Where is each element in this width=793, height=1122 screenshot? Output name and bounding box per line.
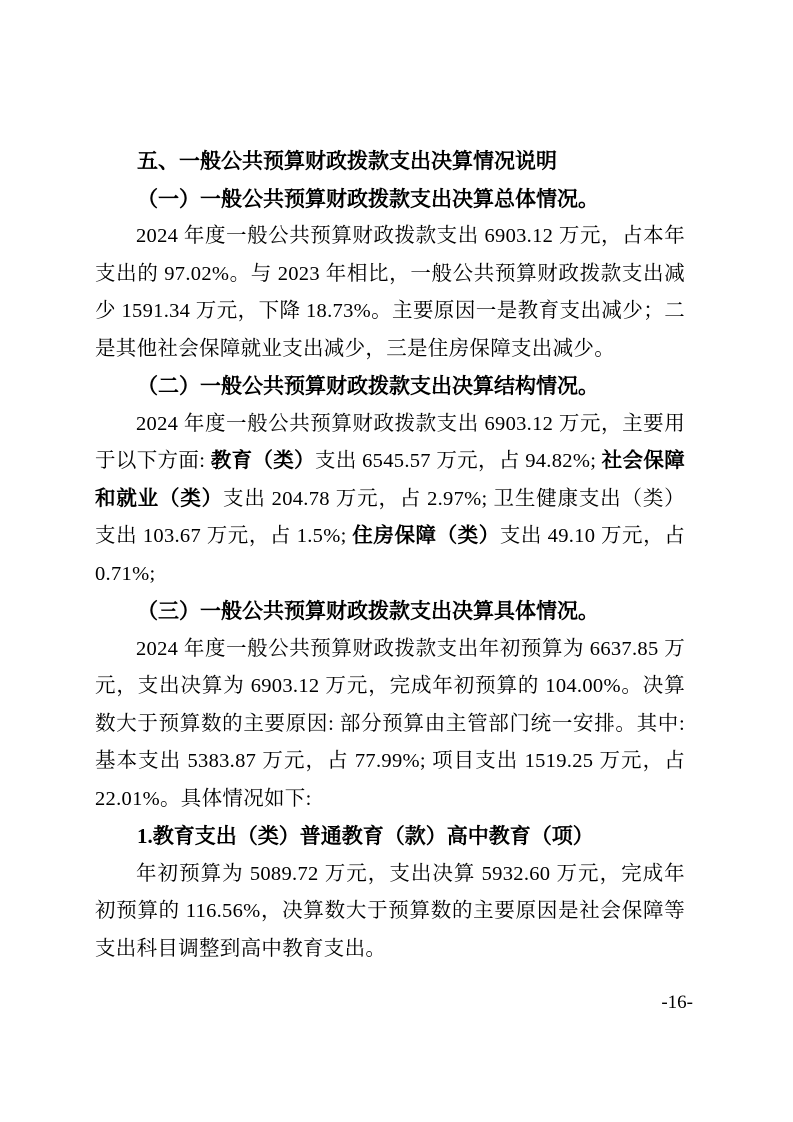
subsection-heading-overall: （一）一般公共预算财政拨款支出决算总体情况。 [95, 181, 685, 219]
paragraph-overall-situation: 2024 年度一般公共预算财政拨款支出 6903.12 万元，占本年支出的 97… [95, 218, 685, 368]
document-content: 五、一般公共预算财政拨款支出决算情况说明 （一）一般公共预算财政拨款支出决算总体… [95, 143, 685, 968]
paragraph-education-detail: 年初预算为 5089.72 万元，支出决算 5932.60 万元，完成年初预算的… [95, 856, 685, 969]
page-number: -16- [661, 991, 693, 1015]
text-segment-bold-education: 教育（类） [211, 450, 315, 472]
document-page: 五、一般公共预算财政拨款支出决算情况说明 （一）一般公共预算财政拨款支出决算总体… [0, 0, 793, 1122]
paragraph-specific-situation: 2024 年度一般公共预算财政拨款支出年初预算为 6637.85 万元，支出决算… [95, 631, 685, 819]
section-heading: 五、一般公共预算财政拨款支出决算情况说明 [95, 143, 685, 181]
text-segment: 支出 6545.57 万元，占 94.82%; [315, 450, 602, 472]
subsection-heading-specific: （三）一般公共预算财政拨款支出决算具体情况。 [95, 593, 685, 631]
text-segment-bold-housing: 住房保障（类） [352, 525, 500, 547]
item-heading-education: 1.教育支出（类）普通教育（款）高中教育（项） [95, 818, 685, 856]
subsection-heading-structure: （二）一般公共预算财政拨款支出决算结构情况。 [95, 368, 685, 406]
paragraph-structure: 2024 年度一般公共预算财政拨款支出 6903.12 万元，主要用于以下方面:… [95, 406, 685, 594]
